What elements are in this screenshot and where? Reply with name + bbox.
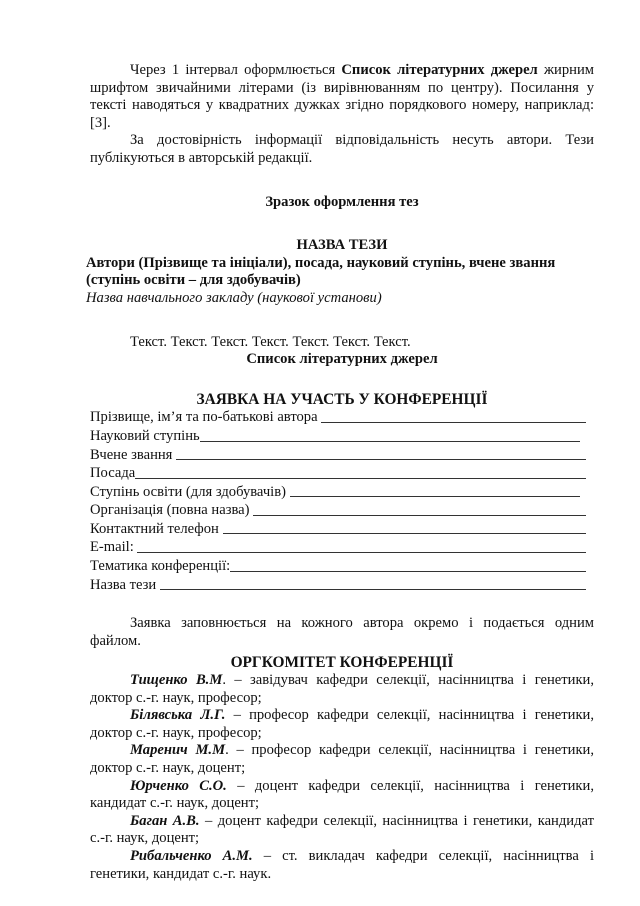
committee-heading: ОРГКОМІТЕТ КОНФЕРЕНЦІЇ <box>90 654 594 672</box>
committee-member: Тищенко В.М. – завідувач кафедри селекці… <box>90 672 594 707</box>
form-field-label: Вчене звання <box>90 447 176 465</box>
member-name: Маренич М.М <box>130 742 225 758</box>
application-form: Прізвище, ім’я та по-батькові автора Нау… <box>90 408 594 594</box>
sample-institution: Назва навчального закладу (наукової уста… <box>86 290 594 308</box>
form-field-label: Прізвище, ім’я та по-батькові автора <box>90 409 321 427</box>
form-field-label: E-mail: <box>90 539 137 557</box>
form-field-row: E-mail: <box>90 538 594 557</box>
form-field-row: Науковий ступінь <box>90 427 594 446</box>
sample-body-text: Текст. Текст. Текст. Текст. Текст. Текст… <box>90 334 594 352</box>
form-field-label: Контактний телефон <box>90 521 223 539</box>
form-field-label: Ступінь освіти (для здобувачів) <box>90 484 290 502</box>
form-field-blank-line[interactable] <box>176 459 586 460</box>
committee-member: Маренич М.М. – професор кафедри селекції… <box>90 742 594 777</box>
sample-title: НАЗВА ТЕЗИ <box>90 237 594 255</box>
form-field-row: Контактний телефон <box>90 520 594 539</box>
form-field-blank-line[interactable] <box>160 589 586 590</box>
form-field-label: Назва тези <box>90 577 160 595</box>
committee-member: Юрченко С.О. – доцент кафедри селекції, … <box>90 778 594 813</box>
intro-paragraph-references: Через 1 інтервал оформлюється Список літ… <box>90 62 594 132</box>
sample-authors: Автори (Прізвище та ініціали), посада, н… <box>86 255 594 290</box>
form-field-blank-line[interactable] <box>135 478 586 479</box>
intro-bold-term: Список літературних джерел <box>341 62 537 78</box>
sample-references-heading: Список літературних джерел <box>90 351 594 369</box>
form-field-row: Тематика конференції: <box>90 557 594 576</box>
committee-member: Рибальченко А.М. – ст. викладач кафедри … <box>90 848 594 883</box>
form-field-row: Прізвище, ім’я та по-батькові автора <box>90 408 594 427</box>
form-field-row: Посада <box>90 464 594 483</box>
form-field-label: Посада <box>90 465 135 483</box>
sample-heading: Зразок оформлення тез <box>90 194 594 212</box>
form-field-row: Організація (повна назва) <box>90 501 594 520</box>
document-page: Через 1 інтервал оформлюється Список літ… <box>90 62 594 883</box>
form-field-row: Назва тези <box>90 576 594 595</box>
committee-member: Білявська Л.Г. – професор кафедри селекц… <box>90 707 594 742</box>
intro-text: Через 1 інтервал оформлюється <box>130 62 341 78</box>
committee-member: Баган А.В. – доцент кафедри селекції, на… <box>90 813 594 848</box>
committee-list: Тищенко В.М. – завідувач кафедри селекці… <box>90 672 594 883</box>
form-field-label: Організація (повна назва) <box>90 502 253 520</box>
intro-paragraph-responsibility: За достовірність інформації відповідальн… <box>90 132 594 167</box>
form-field-blank-line[interactable] <box>290 496 580 497</box>
form-field-blank-line[interactable] <box>223 533 586 534</box>
member-name: Тищенко В.М <box>130 672 222 688</box>
form-field-label: Тематика конференції: <box>90 558 230 576</box>
form-field-row: Ступінь освіти (для здобувачів) <box>90 483 594 502</box>
member-name: Рибальченко А.М. <box>130 848 253 864</box>
form-field-label: Науковий ступінь <box>90 428 200 446</box>
form-field-blank-line[interactable] <box>253 515 586 516</box>
member-name: Баган А.В. <box>130 813 200 829</box>
application-heading: ЗАЯВКА НА УЧАСТЬ У КОНФЕРЕНЦІЇ <box>90 391 594 409</box>
member-name: Білявська Л.Г. <box>130 707 225 723</box>
form-field-blank-line[interactable] <box>137 552 586 553</box>
application-note: Заявка заповнюється на кожного автора ок… <box>90 615 594 650</box>
form-field-blank-line[interactable] <box>200 441 580 442</box>
member-name: Юрченко С.О. <box>130 778 227 794</box>
form-field-blank-line[interactable] <box>321 422 586 423</box>
form-field-blank-line[interactable] <box>230 571 586 572</box>
form-field-row: Вчене звання <box>90 446 594 465</box>
